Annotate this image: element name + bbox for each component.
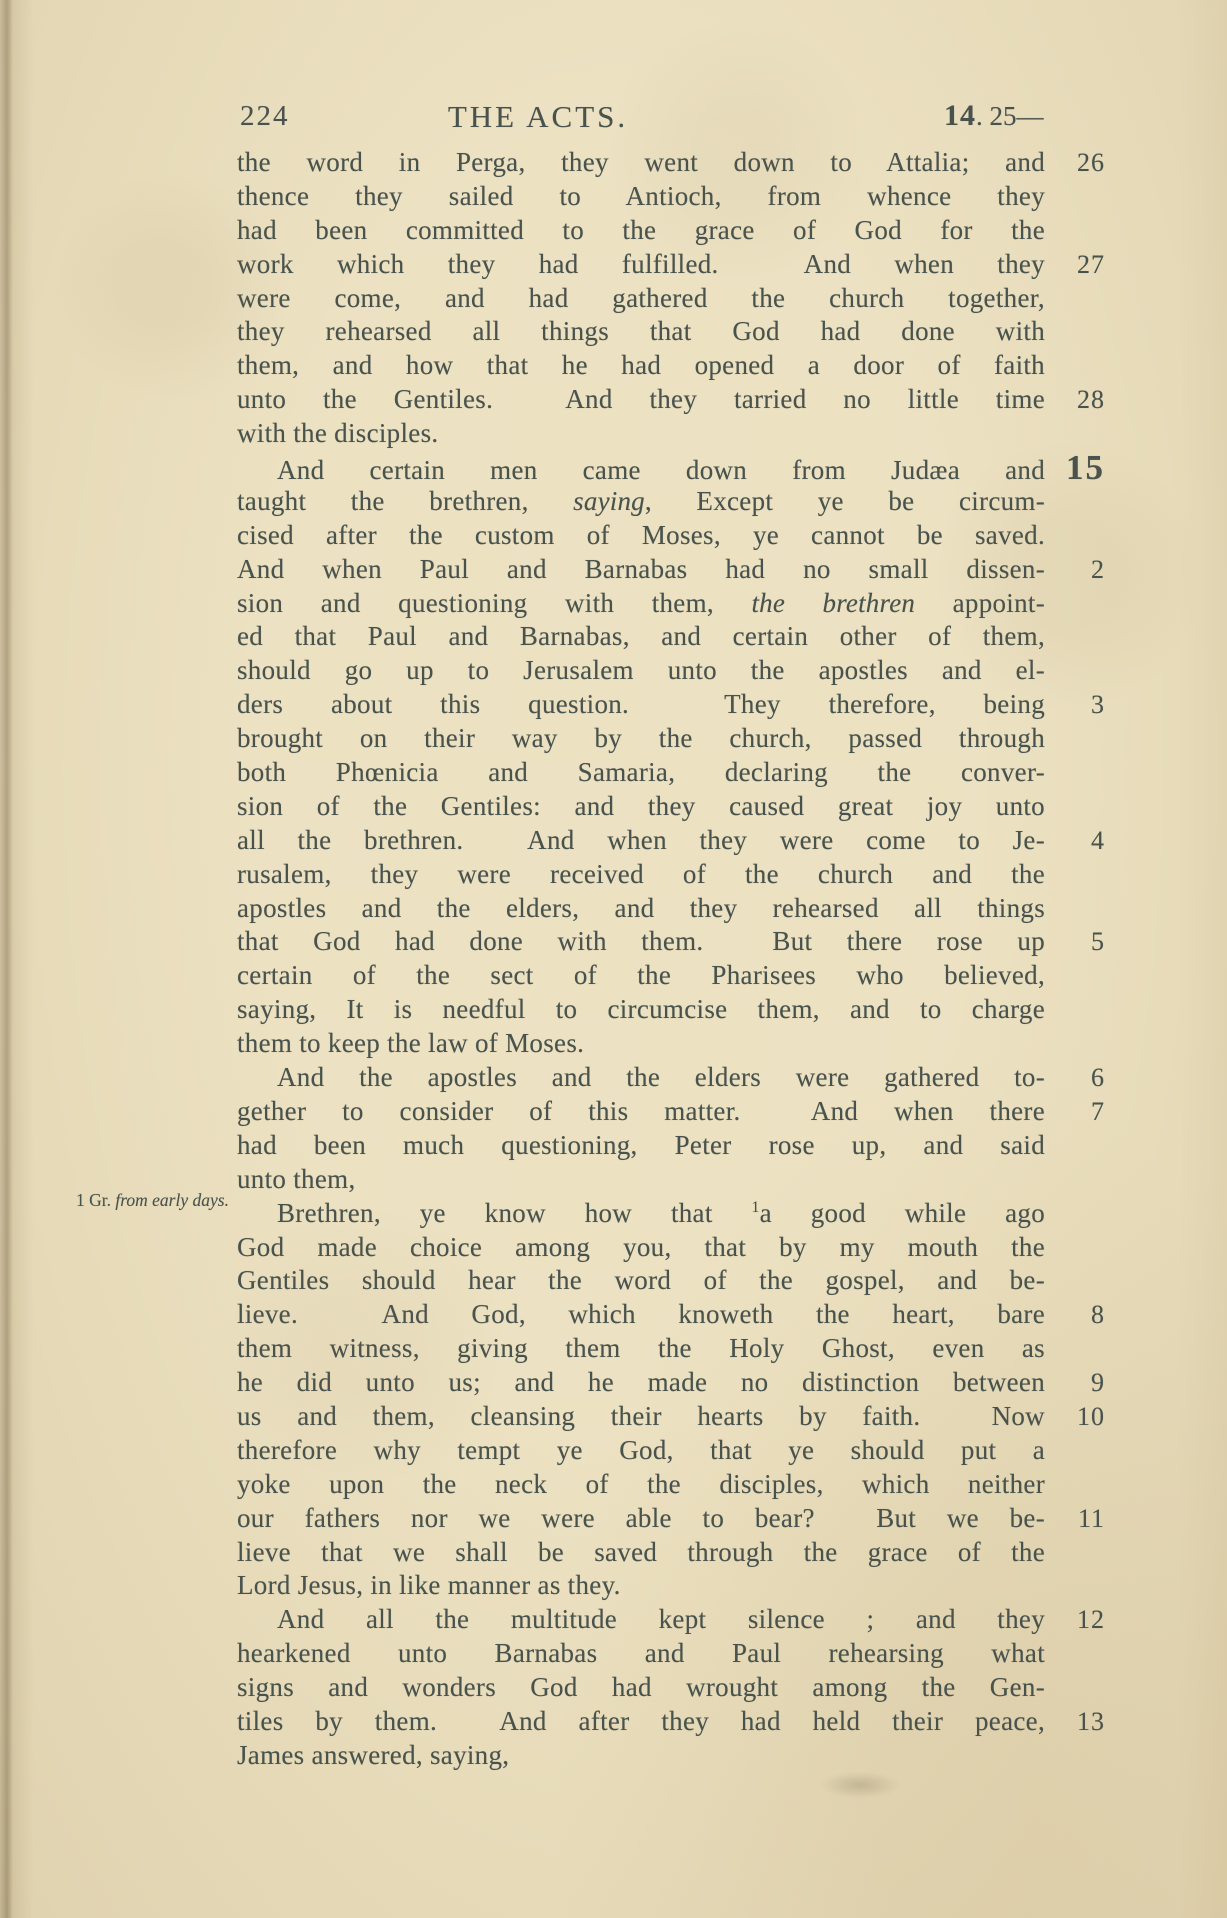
- verse-line-text: And certain men came down from Judæa and: [237, 454, 1045, 488]
- text-line: lieve that we shall be saved through the…: [237, 1536, 1105, 1570]
- text-line: that God had done with them. But there r…: [237, 925, 1105, 959]
- verse-line-text: apostles and the elders, and they rehear…: [237, 892, 1045, 926]
- verse-line-text: yoke upon the neck of the disciples, whi…: [237, 1468, 1045, 1502]
- scripture-text-block: the word in Perga, they went down to Att…: [237, 146, 1105, 1773]
- verse-line-text: sion and questioning with them, the bret…: [237, 587, 1045, 621]
- text-line: he did unto us; and he made no distincti…: [237, 1366, 1105, 1400]
- text-line: with the disciples.: [237, 417, 1105, 451]
- verse-line-text: saying, It is needful to circumcise them…: [237, 993, 1045, 1027]
- verse-line-text: And all the multitude kept silence ; and…: [237, 1603, 1045, 1637]
- text-line: cised after the custom of Moses, ye cann…: [237, 519, 1105, 553]
- text-line: us and them, cleansing their hearts by f…: [237, 1400, 1105, 1434]
- text-line: God made choice among you, that by my mo…: [237, 1231, 1105, 1265]
- text-line: yoke upon the neck of the disciples, whi…: [237, 1468, 1105, 1502]
- text-line: lieve. And God, which knoweth the heart,…: [237, 1298, 1105, 1332]
- verse-line-text: James answered, saying,: [237, 1739, 1045, 1773]
- verse-line-text: gether to consider of this matter. And w…: [237, 1095, 1045, 1129]
- verse-line-text: And the apostles and the elders were gat…: [237, 1061, 1045, 1095]
- verse-line-text: ders about this question. They therefore…: [237, 688, 1045, 722]
- text-line: our fathers nor we were able to bear? Bu…: [237, 1502, 1105, 1536]
- verse-line-text: they rehearsed all things that God had d…: [237, 315, 1045, 349]
- verse-line-text: tiles by them. And after they had held t…: [237, 1705, 1045, 1739]
- text-line: all the brethren. And when they were com…: [237, 824, 1105, 858]
- verse-reference: 14. 25—: [944, 99, 1074, 133]
- footnote-gloss: from early days.: [115, 1190, 229, 1210]
- text-line: signs and wonders God had wrought among …: [237, 1671, 1105, 1705]
- verse-line-text: And when Paul and Barnabas had no small …: [237, 553, 1045, 587]
- verse-line-text: brought on their way by the church, pass…: [237, 722, 1045, 756]
- text-line: apostles and the elders, and they rehear…: [237, 892, 1105, 926]
- text-line: And certain men came down from Judæa and…: [237, 451, 1105, 485]
- text-line: should go up to Jerusalem unto the apost…: [237, 654, 1105, 688]
- verse-line-text: that God had done with them. But there r…: [237, 925, 1045, 959]
- verse-line-text: with the disciples.: [237, 417, 1045, 451]
- verse-line-text: unto the Gentiles. And they tarried no l…: [237, 383, 1045, 417]
- verse-line-text: cised after the custom of Moses, ye cann…: [237, 519, 1045, 553]
- verse-number: 26: [1045, 146, 1105, 180]
- text-line: James answered, saying,: [237, 1739, 1105, 1773]
- text-line: unto the Gentiles. And they tarried no l…: [237, 383, 1105, 417]
- verse-line-text: all the brethren. And when they were com…: [237, 824, 1045, 858]
- verse-number: 12: [1045, 1603, 1105, 1637]
- verse-line-text: Brethren, ye know how that 1a good while…: [237, 1197, 1045, 1231]
- text-line: therefore why tempt ye God, that ye shou…: [237, 1434, 1105, 1468]
- text-line: certain of the sect of the Pharisees who…: [237, 959, 1105, 993]
- verse-line-text: he did unto us; and he made no distincti…: [237, 1366, 1045, 1400]
- text-line: were come, and had gathered the church t…: [237, 282, 1105, 316]
- text-line: ders about this question. They therefore…: [237, 688, 1105, 722]
- verse-number: 4: [1045, 824, 1105, 858]
- text-line: the word in Perga, they went down to Att…: [237, 146, 1105, 180]
- verse-number: 27: [1045, 248, 1105, 282]
- verse-line-text: work which they had fulfilled. And when …: [237, 248, 1045, 282]
- text-line: saying, It is needful to circumcise them…: [237, 993, 1105, 1027]
- verse-number: 5: [1045, 925, 1105, 959]
- verse-line-text: God made choice among you, that by my mo…: [237, 1231, 1045, 1265]
- verse-line-text: them to keep the law of Moses.: [237, 1027, 1045, 1061]
- verse-line-text: taught the brethren, saying, Except ye b…: [237, 485, 1045, 519]
- verse-number: 11: [1045, 1502, 1105, 1536]
- verse-line-text: the word in Perga, they went down to Att…: [237, 146, 1045, 180]
- footnote-label: Gr.: [89, 1190, 111, 1210]
- verse-number: 6: [1045, 1061, 1105, 1095]
- page-number: 224: [240, 100, 290, 133]
- verse-number: 3: [1045, 688, 1105, 722]
- verse-line-text: unto them,: [237, 1163, 1045, 1197]
- verse-line-text: sion of the Gentiles: and they caused gr…: [237, 790, 1045, 824]
- text-line: sion of the Gentiles: and they caused gr…: [237, 790, 1105, 824]
- chapter-number: 15: [1045, 451, 1105, 485]
- text-line: Gentiles should hear the word of the gos…: [237, 1264, 1105, 1298]
- text-line: ed that Paul and Barnabas, and certain o…: [237, 620, 1105, 654]
- verse-line-text: certain of the sect of the Pharisees who…: [237, 959, 1045, 993]
- text-line: they rehearsed all things that God had d…: [237, 315, 1105, 349]
- verse-reference-chapter: 14: [944, 99, 976, 132]
- text-line: And when Paul and Barnabas had no small …: [237, 553, 1105, 587]
- running-title: THE ACTS.: [397, 99, 679, 135]
- verse-line-text: them, and how that he had opened a door …: [237, 349, 1045, 383]
- verse-line-text: had been committed to the grace of God f…: [237, 214, 1045, 248]
- verse-number: 8: [1045, 1298, 1105, 1332]
- verse-number: 10: [1045, 1400, 1105, 1434]
- text-line: had been committed to the grace of God f…: [237, 214, 1105, 248]
- verse-number: 13: [1045, 1705, 1105, 1739]
- verse-line-text: both Phœnicia and Samaria, declaring the…: [237, 756, 1045, 790]
- verse-line-text: lieve that we shall be saved through the…: [237, 1536, 1045, 1570]
- verse-number: 9: [1045, 1366, 1105, 1400]
- verse-line-text: rusalem, they were received of the churc…: [237, 858, 1045, 892]
- verse-reference-rest: . 25—: [976, 101, 1044, 131]
- text-line: tiles by them. And after they had held t…: [237, 1705, 1105, 1739]
- text-line: taught the brethren, saying, Except ye b…: [237, 485, 1105, 519]
- text-line: sion and questioning with them, the bret…: [237, 587, 1105, 621]
- text-line: thence they sailed to Antioch, from when…: [237, 180, 1105, 214]
- verse-line-text: had been much questioning, Peter rose up…: [237, 1129, 1045, 1163]
- text-line: hearkened unto Barnabas and Paul rehears…: [237, 1637, 1105, 1671]
- verse-line-text: should go up to Jerusalem unto the apost…: [237, 654, 1045, 688]
- footnote-marker: 1: [76, 1190, 85, 1210]
- verse-line-text: us and them, cleansing their hearts by f…: [237, 1400, 1045, 1434]
- verse-line-text: lieve. And God, which knoweth the heart,…: [237, 1298, 1045, 1332]
- text-line: rusalem, they were received of the churc…: [237, 858, 1105, 892]
- verse-line-text: ed that Paul and Barnabas, and certain o…: [237, 620, 1045, 654]
- verse-line-text: them witness, giving them the Holy Ghost…: [237, 1332, 1045, 1366]
- text-line: And the apostles and the elders were gat…: [237, 1061, 1105, 1095]
- text-line: work which they had fulfilled. And when …: [237, 248, 1105, 282]
- text-line: had been much questioning, Peter rose up…: [237, 1129, 1105, 1163]
- text-line: gether to consider of this matter. And w…: [237, 1095, 1105, 1129]
- verse-line-text: Gentiles should hear the word of the gos…: [237, 1264, 1045, 1298]
- verse-line-text: Lord Jesus, in like manner as they.: [237, 1569, 1045, 1603]
- verse-line-text: hearkened unto Barnabas and Paul rehears…: [237, 1637, 1045, 1671]
- verse-line-text: were come, and had gathered the church t…: [237, 282, 1045, 316]
- text-line: both Phœnicia and Samaria, declaring the…: [237, 756, 1105, 790]
- verse-number: 7: [1045, 1095, 1105, 1129]
- verse-number: 2: [1045, 553, 1105, 587]
- text-line: them, and how that he had opened a door …: [237, 349, 1105, 383]
- text-line: unto them,: [237, 1163, 1105, 1197]
- text-line: them witness, giving them the Holy Ghost…: [237, 1332, 1105, 1366]
- verse-line-text: signs and wonders God had wrought among …: [237, 1671, 1045, 1705]
- text-line: brought on their way by the church, pass…: [237, 722, 1105, 756]
- text-line: Brethren, ye know how that 1a good while…: [237, 1197, 1105, 1231]
- verse-line-text: thence they sailed to Antioch, from when…: [237, 180, 1045, 214]
- text-line: Lord Jesus, in like manner as they.: [237, 1569, 1105, 1603]
- verse-number: 28: [1045, 383, 1105, 417]
- ink-smudge: [820, 1772, 900, 1798]
- verse-line-text: therefore why tempt ye God, that ye shou…: [237, 1434, 1045, 1468]
- text-line: And all the multitude kept silence ; and…: [237, 1603, 1105, 1637]
- text-line: them to keep the law of Moses.: [237, 1027, 1105, 1061]
- book-page-scan: 224 THE ACTS. 14. 25— 1 Gr. from early d…: [0, 0, 1227, 1918]
- verse-line-text: our fathers nor we were able to bear? Bu…: [237, 1502, 1045, 1536]
